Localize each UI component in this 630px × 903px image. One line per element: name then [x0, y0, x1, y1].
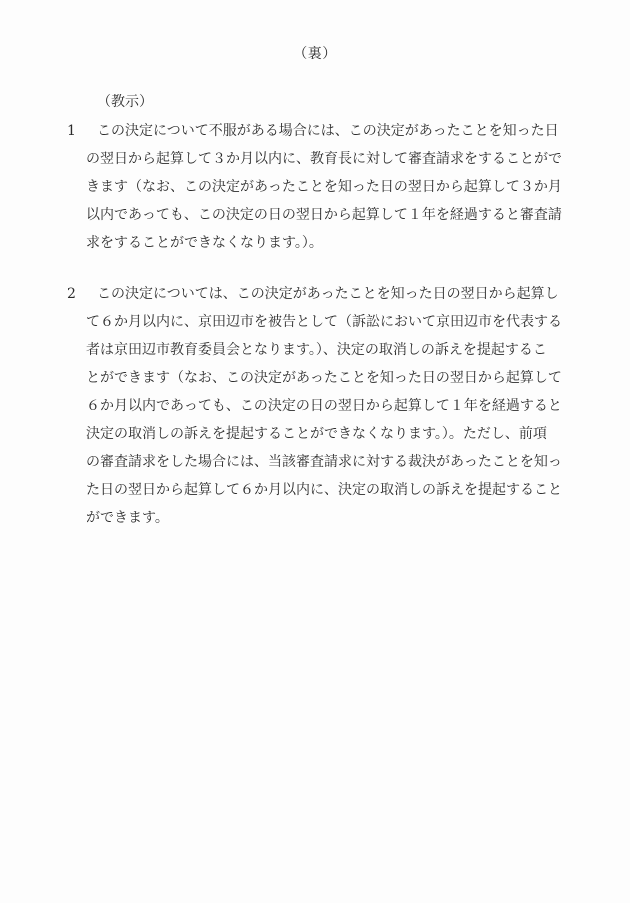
text-line: て６か月以内に、京田辺市を被告として（訴訟において京田辺市を代表する: [86, 308, 630, 336]
page-side-label: （裏）: [0, 40, 630, 68]
text-line: 以内であっても、この決定の日の翌日から起算して１年を経過すると審査請: [86, 201, 630, 229]
text-line: ができます。: [86, 504, 630, 532]
document-page: （裏） （教示） 1 この決定について不服がある場合には、この決定があったことを…: [0, 0, 630, 903]
text-line: この決定については、この決定があったことを知った日の翌日から起算し: [86, 280, 630, 308]
item-1-text: この決定について不服がある場合には、この決定があったことを知った日 の翌日から起…: [0, 117, 630, 257]
text-line: この決定について不服がある場合には、この決定があったことを知った日: [86, 117, 630, 145]
text-line: 求をすることができなくなります。）。: [86, 229, 630, 257]
text-line: の審査請求をした場合には、当該審査請求に対する裁決があったことを知っ: [86, 448, 630, 476]
item-1-number: 1: [67, 117, 76, 145]
text-line: きます（なお、この決定があったことを知った日の翌日から起算して３か月: [86, 173, 630, 201]
item-2-text: この決定については、この決定があったことを知った日の翌日から起算し て６か月以内…: [0, 280, 630, 532]
item-2-number: 2: [67, 280, 76, 308]
notice-item-2: 2 この決定については、この決定があったことを知った日の翌日から起算し て６か月…: [0, 280, 630, 532]
text-line: ６か月以内であっても、この決定の日の翌日から起算して１年を経過すると: [86, 392, 630, 420]
text-line: 決定の取消しの訴えを提起することができなくなります。）。ただし、前項: [86, 420, 630, 448]
instruction-heading: （教示）: [97, 88, 153, 116]
text-line: 者は京田辺市教育委員会となります。）、決定の取消しの訴えを提起するこ: [86, 336, 630, 364]
text-line: とができます（なお、この決定があったことを知った日の翌日から起算して: [86, 364, 630, 392]
text-line: た日の翌日から起算して６か月以内に、決定の取消しの訴えを提起すること: [86, 476, 630, 504]
text-line: の翌日から起算して３か月以内に、教育長に対して審査請求をすることがで: [86, 145, 630, 173]
notice-item-1: 1 この決定について不服がある場合には、この決定があったことを知った日 の翌日か…: [0, 117, 630, 257]
